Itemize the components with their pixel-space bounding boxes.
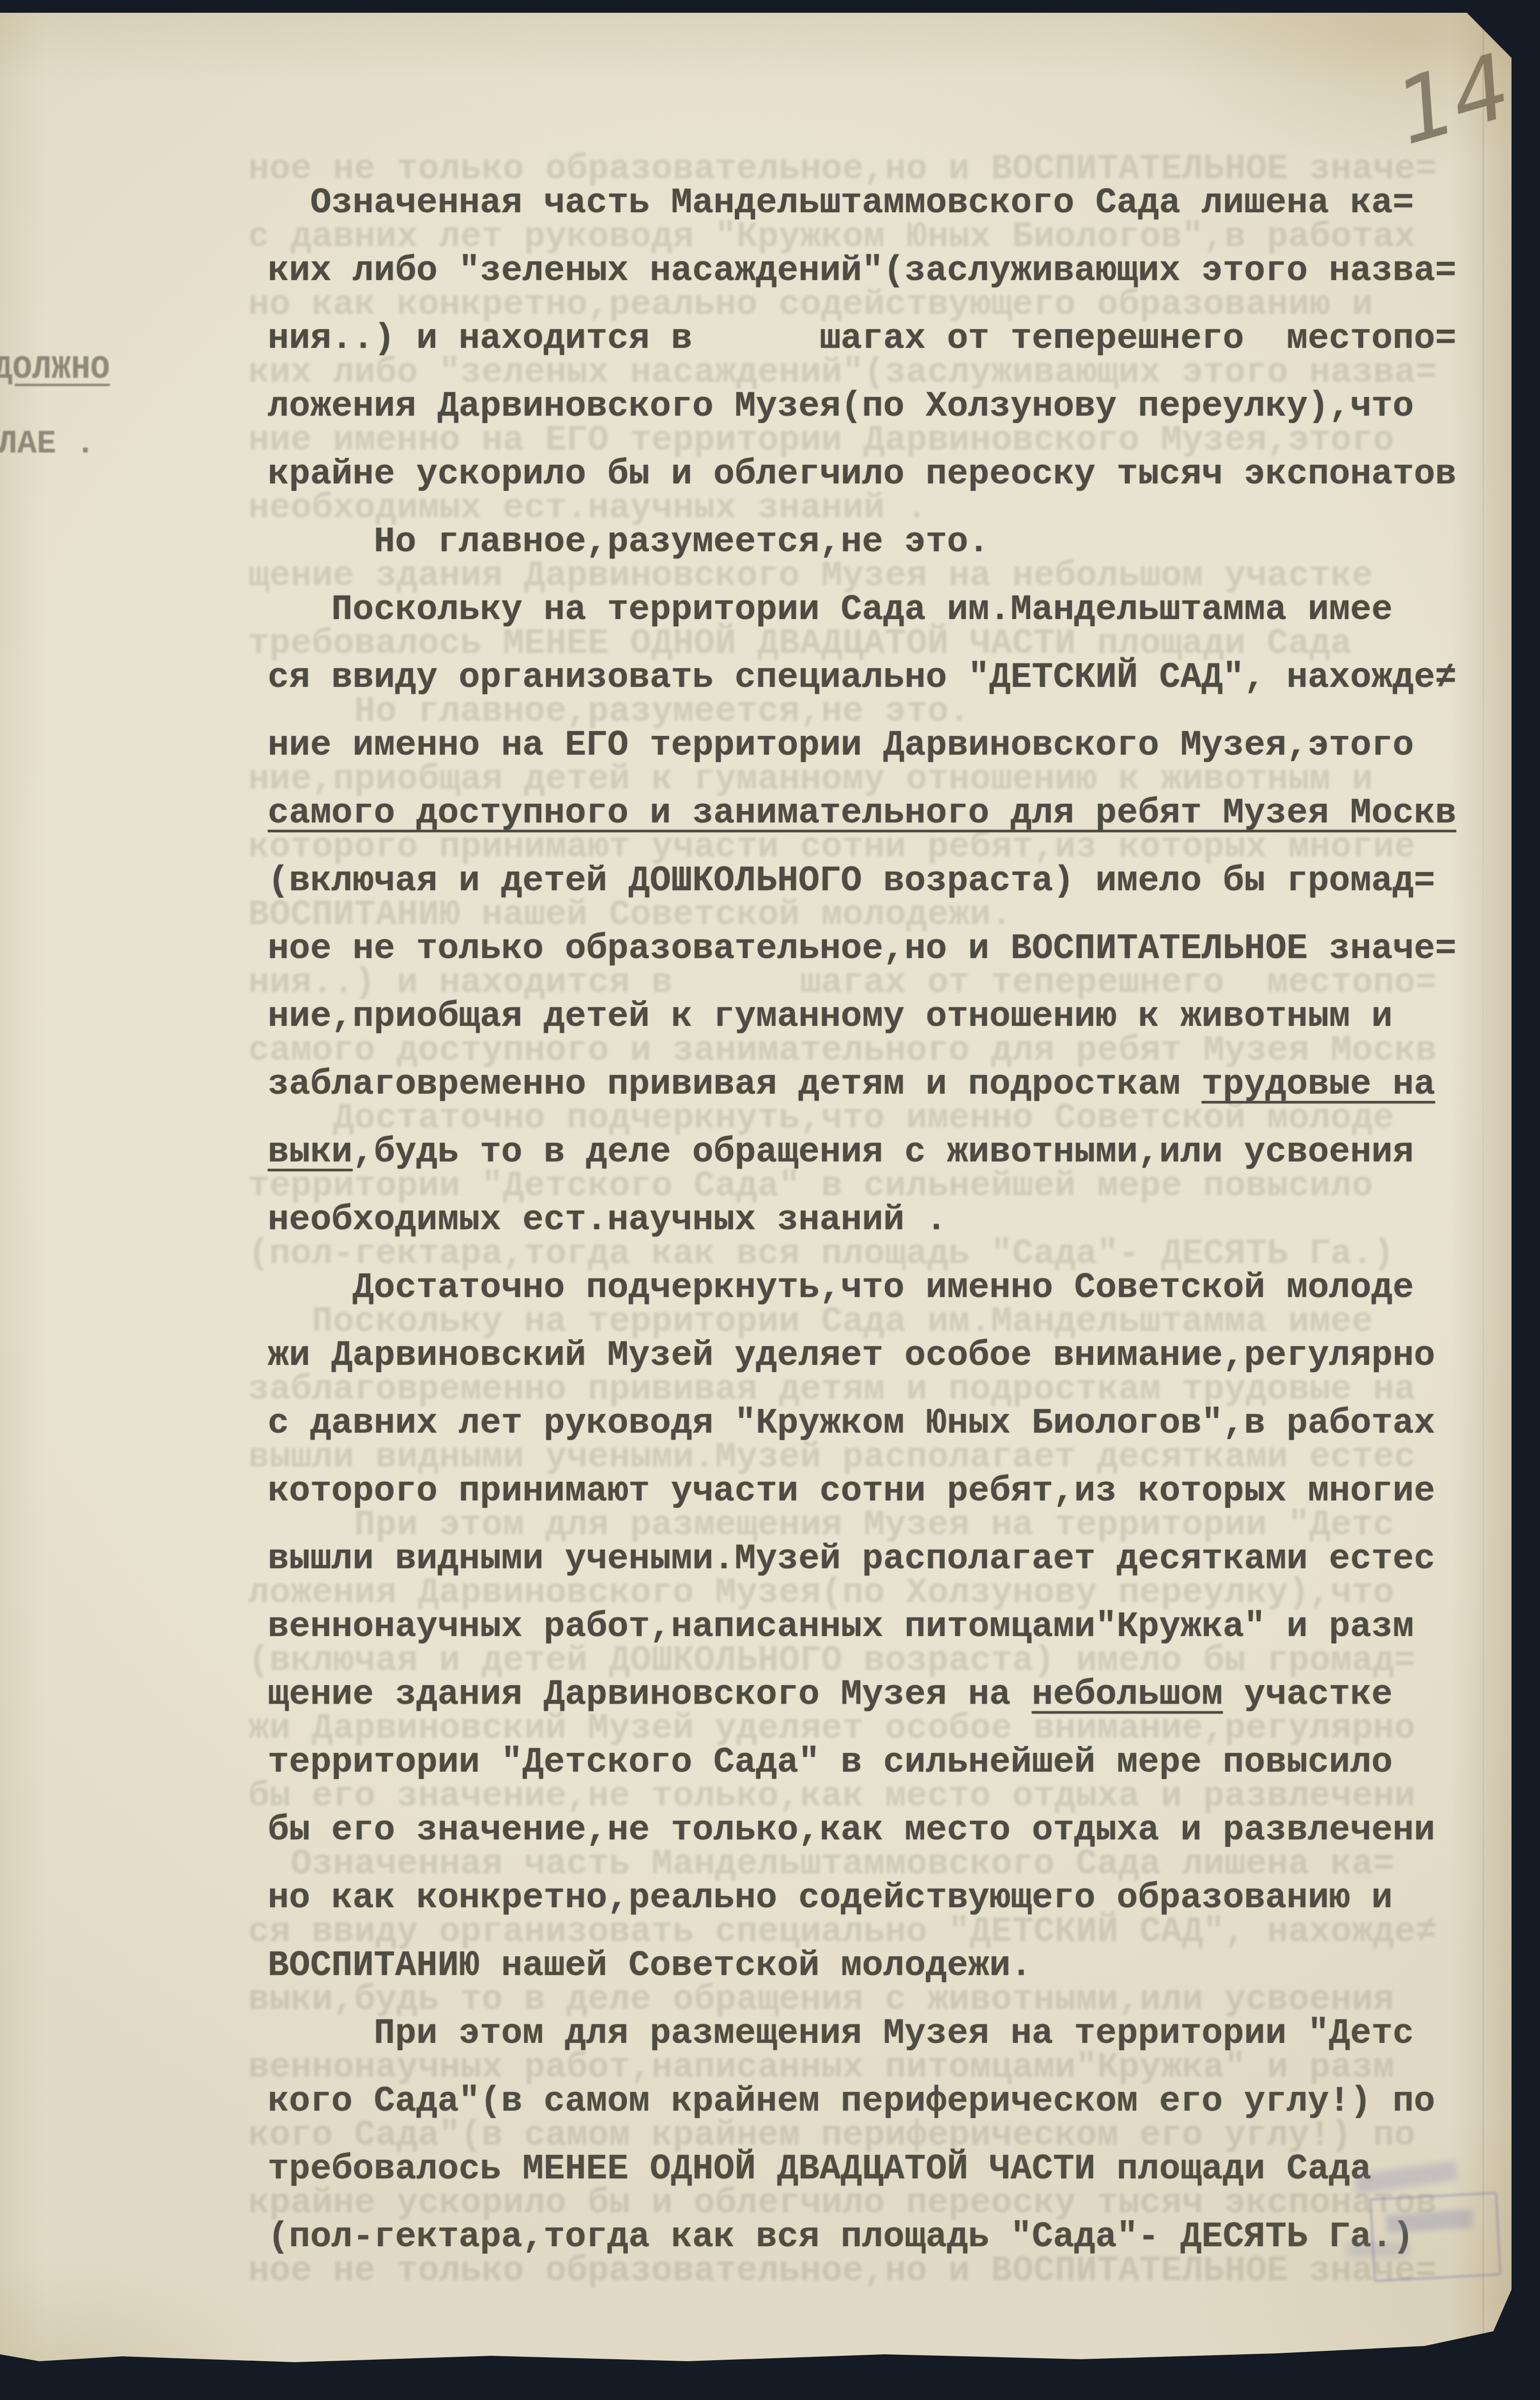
typed-text-segment: выки bbox=[268, 1132, 353, 1172]
typed-text-segment: жи Дарвиновский Музей уделяет особое вни… bbox=[268, 1335, 1435, 1376]
typed-text-segment: ,будь то в деле обращения с животными,ил… bbox=[353, 1132, 1414, 1172]
typed-text-segment: ния..) и находится в шагах от теперешнег… bbox=[268, 318, 1456, 359]
typed-line: ние,приобщая детей к гуманному отношению… bbox=[268, 983, 1525, 1050]
typed-text-segment: ное не только образовательное,но и ВОСПИ… bbox=[268, 929, 1456, 969]
typed-text-segment: щение здания Дарвиновского Музея на bbox=[268, 1674, 1032, 1715]
typed-text-segment: необходимых ест.научных знаний . bbox=[268, 1200, 947, 1240]
typed-line: ние именно на ЕГО территории Дарвиновско… bbox=[268, 711, 1525, 779]
typed-text-segment: небольшом bbox=[1032, 1674, 1223, 1715]
typed-text-layer: Означенная часть Мандельштаммовского Сад… bbox=[268, 169, 1525, 2271]
typed-text-segment: ние,приобщая детей к гуманному отношению… bbox=[268, 996, 1393, 1037]
typed-line: ное не только образовательное,но и ВОСПИ… bbox=[268, 915, 1525, 983]
typed-line: веннонаучных работ,написанных питомцами"… bbox=[268, 1593, 1525, 1661]
typed-text-segment: требовалось МЕНЕЕ ОДНОЙ ДВАДЦАТОЙ ЧАСТИ … bbox=[268, 2149, 1372, 2189]
typed-line: с давних лет руководя "Кружком Юных Биол… bbox=[268, 1389, 1525, 1457]
document-page: ное не только образовательное,но и ВОСПИ… bbox=[0, 13, 1512, 2371]
typed-text-segment: самого доступного и занимательного для р… bbox=[268, 793, 1456, 833]
typed-text-segment: крайне ускорило бы и облегчило переоску … bbox=[268, 454, 1456, 494]
typed-line: необходимых ест.научных знаний . bbox=[268, 1186, 1525, 1254]
bleed-through-fragment: ДОЛЖНО bbox=[0, 351, 110, 388]
typed-line: Достаточно подчеркнуть,что именно Советс… bbox=[268, 1254, 1525, 1322]
typed-text-segment: (включая и детей ДОШКОЛЬНОГО возраста) и… bbox=[268, 861, 1435, 901]
typed-text-segment: ВОСПИТАНИЮ нашей Советской молодежи. bbox=[268, 1946, 1032, 1986]
typed-line: ВОСПИТАНИЮ нашей Советской молодежи. bbox=[268, 1932, 1525, 2000]
typed-line: вышли видными учеными.Музей располагает … bbox=[268, 1525, 1525, 1593]
typed-text-segment: (пол-гектара,тогда как вся площадь "Сада… bbox=[268, 2217, 1414, 2257]
typed-line: щение здания Дарвиновского Музея на небо… bbox=[268, 1661, 1525, 1728]
typed-line: требовалось МЕНЕЕ ОДНОЙ ДВАДЦАТОЙ ЧАСТИ … bbox=[268, 2135, 1525, 2203]
typed-text-segment: заблаговременно прививая детям и подрост… bbox=[268, 1064, 1202, 1104]
typed-text-segment: Достаточно подчеркнуть,что именно Советс… bbox=[268, 1268, 1414, 1308]
typed-line: заблаговременно прививая детям и подрост… bbox=[268, 1050, 1525, 1118]
typed-line: (пол-гектара,тогда как вся площадь "Сада… bbox=[268, 2203, 1525, 2271]
bleed-through-fragment: ЖЛАЕ . bbox=[0, 425, 95, 462]
typed-line: ложения Дарвиновского Музея(по Холзунову… bbox=[268, 372, 1525, 440]
typed-text-segment: вышли видными учеными.Музей располагает … bbox=[268, 1539, 1435, 1579]
typed-line: но как конкретно,реально содействующего … bbox=[268, 1864, 1525, 1932]
typed-line: ся ввиду организовать специально "ДЕТСКИ… bbox=[268, 644, 1525, 711]
typed-line: При этом для размещения Музея на террито… bbox=[268, 2000, 1525, 2067]
handwritten-page-number: 14 bbox=[1395, 30, 1512, 168]
typed-text-segment: участке bbox=[1223, 1674, 1393, 1715]
typed-line: которого принимают участи сотни ребят,из… bbox=[268, 1457, 1525, 1525]
typed-text-segment: ся ввиду организовать специально "ДЕТСКИ… bbox=[268, 657, 1456, 698]
typed-line: Но главное,разумеется,не это. bbox=[268, 508, 1525, 576]
typed-text-segment: веннонаучных работ,написанных питомцами"… bbox=[268, 1607, 1414, 1647]
typed-text-segment: Но главное,разумеется,не это. bbox=[268, 522, 989, 562]
typed-text-segment: ложения Дарвиновского Музея(по Холзунову… bbox=[268, 386, 1414, 426]
typed-line: территории "Детского Сада" в сильнейшей … bbox=[268, 1728, 1525, 1796]
typed-text-segment: При этом для размещения Музея на террито… bbox=[268, 2013, 1414, 2054]
typed-text-segment: ких либо "зеленых насаждений"(заслуживаю… bbox=[268, 251, 1456, 291]
typed-text-segment: бы его значение,не только,как место отды… bbox=[268, 1810, 1435, 1850]
typed-text-segment: с давних лет руководя "Кружком Юных Биол… bbox=[268, 1403, 1435, 1443]
typed-line: ния..) и находится в шагах от теперешнег… bbox=[268, 305, 1525, 372]
typed-text-segment: Означенная часть Мандельштаммовского Сад… bbox=[268, 183, 1414, 223]
typed-line: (включая и детей ДОШКОЛЬНОГО возраста) и… bbox=[268, 847, 1525, 915]
typed-text-segment: территории "Детского Сада" в сильнейшей … bbox=[268, 1742, 1393, 1782]
typed-line: выки,будь то в деле обращения с животным… bbox=[268, 1118, 1525, 1186]
typed-line: крайне ускорило бы и облегчило переоску … bbox=[268, 440, 1525, 508]
typed-line: Поскольку на территории Сада им.Мандельш… bbox=[268, 576, 1525, 644]
typed-line: кого Сада"(в самом крайнем периферическо… bbox=[268, 2067, 1525, 2135]
typed-line: Означенная часть Мандельштаммовского Сад… bbox=[268, 169, 1525, 237]
typed-text-segment: трудовые на bbox=[1202, 1064, 1435, 1104]
typed-text-segment: которого принимают участи сотни ребят,из… bbox=[268, 1471, 1435, 1511]
typed-line: самого доступного и занимательного для р… bbox=[268, 779, 1525, 847]
typed-text-segment: но как конкретно,реально содействующего … bbox=[268, 1878, 1393, 1918]
typed-line: жи Дарвиновский Музей уделяет особое вни… bbox=[268, 1322, 1525, 1389]
typed-line: бы его значение,не только,как место отды… bbox=[268, 1796, 1525, 1864]
typed-text-segment: ние именно на ЕГО территории Дарвиновско… bbox=[268, 725, 1414, 765]
typed-line: ких либо "зеленых насаждений"(заслуживаю… bbox=[268, 237, 1525, 305]
typed-text-segment: Поскольку на территории Сада им.Мандельш… bbox=[268, 590, 1393, 630]
typed-text-segment: кого Сада"(в самом крайнем периферическо… bbox=[268, 2081, 1435, 2121]
